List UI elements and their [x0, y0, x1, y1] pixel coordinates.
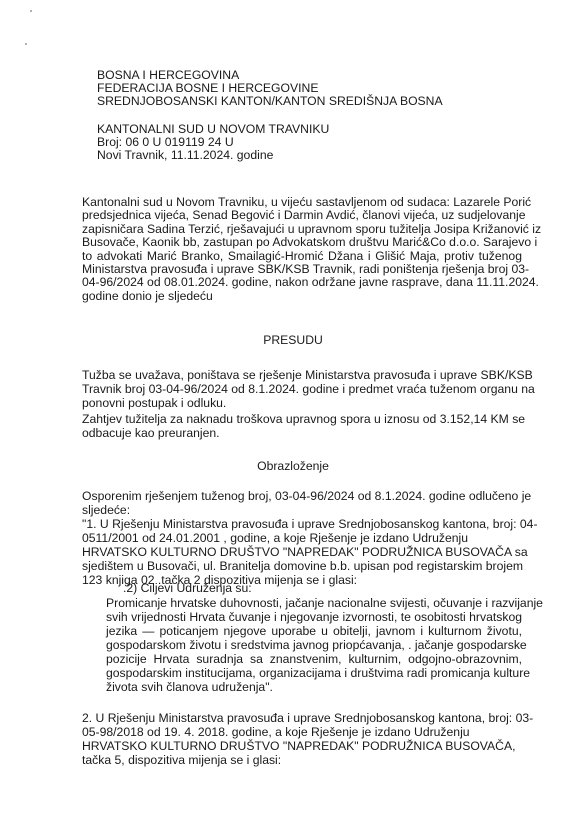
text-line: HRVATSKO KULTURNO DRUŠTVO "NAPREDAK" POD… — [82, 739, 515, 754]
text-line: 2. U Rješenju Ministarstva pravosuđa i u… — [82, 711, 533, 726]
scan-speck — [25, 43, 27, 45]
text-line: godine donio je sljedeću — [82, 289, 213, 304]
text-line: Osporenim rješenjem tuženog broj, 03-04-… — [82, 489, 522, 504]
header-line: SREDNJOBOSANSKI KANTON/KANTON SREDIŠNJA … — [97, 95, 443, 108]
reasoning-subheading: .2) Ciljevi Udruženja su: — [123, 581, 252, 596]
text-line: odbacuje kao preuranjen. — [82, 426, 220, 441]
verdict-title: PRESUDU — [0, 333, 586, 348]
text-line: Travnik broj 03-04-96/2024 od 8.1.2024. … — [82, 382, 522, 397]
text-line: sljedeće: — [82, 503, 130, 518]
text-line: sjedištem u Busovači, ul. Branitelja dom… — [82, 559, 523, 574]
text-line: Promicanje hrvatske duhovnosti, jačanje … — [106, 596, 522, 611]
text-line: Zahtjev tužitelja za naknadu troškova up… — [82, 412, 522, 427]
text-line: ponovni postupak i odluku. — [82, 396, 226, 411]
text-line: 05-98/2018 od 19. 4. 2018. godine, a koj… — [82, 725, 470, 740]
text-line: "1. U Rješenju Ministarstva pravosuđa i … — [82, 517, 522, 532]
text-line: života svih članova udruženja". — [106, 680, 273, 695]
document-page: BOSNA I HERCEGOVINA FEDERACIJA BOSNE I H… — [0, 0, 586, 814]
text-line: tačka 5, dispozitiva mijenja se i glasi: — [82, 753, 281, 768]
text-line: pozicije Hrvata suradnja sa znanstvenim,… — [106, 652, 522, 667]
text-line: gospodarskom životu i sredstvima javnog … — [106, 638, 522, 653]
text-line: gospodarskim institucijama, organizacija… — [106, 666, 522, 681]
text-line: svih vrijednosti Hrvata čuvanje i njegov… — [106, 610, 522, 625]
text-line: HRVATSKO KULTURNO DRUŠTVO "NAPREDAK" POD… — [82, 545, 528, 560]
text-line: Tužba se uvažava, poništava se rješenje … — [82, 368, 522, 383]
scan-speck — [30, 10, 32, 12]
place-date: Novi Travnik, 11.11.2024. godine — [97, 149, 273, 162]
text-line: jezika — poticanjem njegove uporabe u ob… — [106, 624, 522, 639]
text-line: 0511/2001 od 24.01.2001 , godine, a koje… — [82, 531, 468, 546]
reasoning-title: Obrazloženje — [0, 459, 586, 474]
